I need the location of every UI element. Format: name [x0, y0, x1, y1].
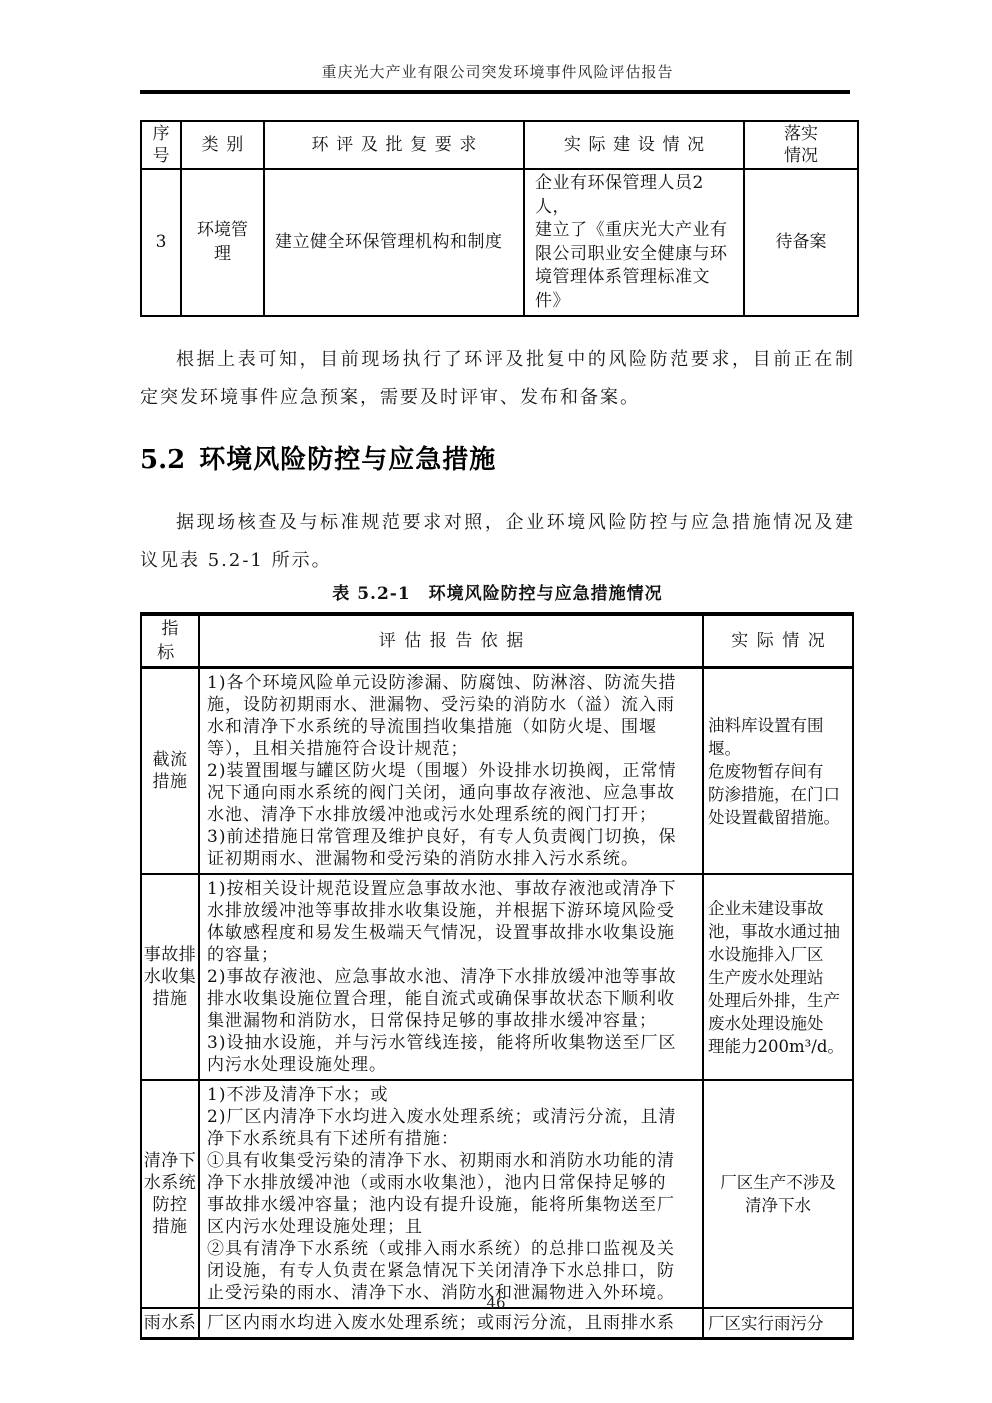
- page-footer: 46: [0, 1293, 992, 1312]
- measures-cell-actual: 企业未建设事故 池，事故水通过抽 水设施排入厂区 生产废水处理站 处理后外排，生…: [703, 874, 853, 1080]
- measures-row-interception: 截流 措施 1)各个环境风险单元设防渗漏、防腐蚀、防淋溶、防流失措 施，设防初期…: [141, 668, 853, 875]
- measures-cell-basis: 1)按相关设计规范设置应急事故水池、事故存液池或清净下 水排放缓冲池等事故排水收…: [199, 874, 703, 1080]
- compliance-table-row: 3 环境管 理 建立健全环保管理机构和制度 企业有环保管理人员2人， 建立了《重…: [141, 169, 858, 316]
- measures-cell-indicator: 事故排 水收集 措施: [141, 874, 199, 1080]
- compliance-table-header-row: 序 号 类别 环评及批复要求 实际建设情况 落实 情况: [141, 121, 858, 169]
- measures-table-caption: 表 5.2-1 环境风险防控与应急措施情况: [140, 582, 855, 606]
- section-heading: 5.2环境风险防控与应急措施: [140, 443, 855, 478]
- compliance-header-actual: 实际建设情况: [524, 121, 744, 169]
- page-header: 重庆光大产业有限公司突发环境事件风险评估报告: [140, 0, 855, 94]
- paragraph-intro: 据现场核查及与标准规范要求对照，企业环境风险防控与应急措施情况及建议见表 5.2…: [140, 504, 855, 580]
- measures-cell-basis: 1)各个环境风险单元设防渗漏、防腐蚀、防淋溶、防流失措 施，设防初期雨水、泄漏物…: [199, 668, 703, 875]
- measures-header-indicator: 指标: [141, 614, 199, 668]
- section-number: 5.2: [140, 445, 185, 475]
- measures-cell-indicator: 截流 措施: [141, 668, 199, 875]
- compliance-cell-category: 环境管 理: [181, 169, 264, 316]
- measures-header-basis: 评估报告依据: [199, 614, 703, 668]
- measures-cell-actual: 油料库设置有围 堰。 危废物暂存间有 防渗措施，在门口 处设置截留措施。: [703, 668, 853, 875]
- compliance-cell-requirement: 建立健全环保管理机构和制度: [264, 169, 524, 316]
- document-page: 重庆光大产业有限公司突发环境事件风险评估报告 序 号 类别 环评及批复要求 实际…: [140, 0, 855, 1340]
- measures-cell-actual: 厂区生产不涉及 清净下水: [703, 1080, 853, 1308]
- measures-header-actual: 实际情况: [703, 614, 853, 668]
- page-number: 46: [486, 1294, 505, 1312]
- measures-table-header-row: 指标 评估报告依据 实际情况: [141, 614, 853, 668]
- measures-cell-indicator: 清净下 水系统 防控 措施: [141, 1080, 199, 1308]
- compliance-header-category: 类别: [181, 121, 264, 169]
- measures-row-accident-drainage: 事故排 水收集 措施 1)按相关设计规范设置应急事故水池、事故存液池或清净下 水…: [141, 874, 853, 1080]
- measures-cell-basis: 厂区内雨水均进入废水处理系统；或雨污分流，且雨排水系: [199, 1308, 703, 1339]
- measures-cell-indicator: 雨水系: [141, 1308, 199, 1339]
- compliance-cell-no: 3: [141, 169, 181, 316]
- compliance-header-no: 序 号: [141, 121, 181, 169]
- measures-row-clean-water: 清净下 水系统 防控 措施 1)不涉及清净下水；或 2)厂区内清净下水均进入废水…: [141, 1080, 853, 1308]
- paragraph-conclusion: 根据上表可知，目前现场执行了环评及批复中的风险防范要求，目前正在制定突发环境事件…: [140, 341, 855, 417]
- measures-row-rainwater: 雨水系 厂区内雨水均进入废水处理系统；或雨污分流，且雨排水系 厂区实行雨污分: [141, 1308, 853, 1339]
- compliance-cell-status: 待备案: [744, 169, 858, 316]
- compliance-cell-actual: 企业有环保管理人员2人， 建立了《重庆光大产业有 限公司职业安全健康与环 境管理…: [524, 169, 744, 316]
- measures-cell-basis: 1)不涉及清净下水；或 2)厂区内清净下水均进入废水处理系统；或清污分流，且清 …: [199, 1080, 703, 1308]
- section-title: 环境风险防控与应急措施: [199, 445, 496, 475]
- measures-cell-actual: 厂区实行雨污分: [703, 1308, 853, 1339]
- page-header-title: 重庆光大产业有限公司突发环境事件风险评估报告: [140, 62, 855, 82]
- compliance-header-status: 落实 情况: [744, 121, 858, 169]
- compliance-table: 序 号 类别 环评及批复要求 实际建设情况 落实 情况 3 环境管 理 建立健全…: [140, 120, 859, 317]
- compliance-header-requirement: 环评及批复要求: [264, 121, 524, 169]
- measures-table: 指标 评估报告依据 实际情况 截流 措施 1)各个环境风险单元设防渗漏、防腐蚀、…: [140, 612, 854, 1340]
- header-divider: [140, 90, 850, 94]
